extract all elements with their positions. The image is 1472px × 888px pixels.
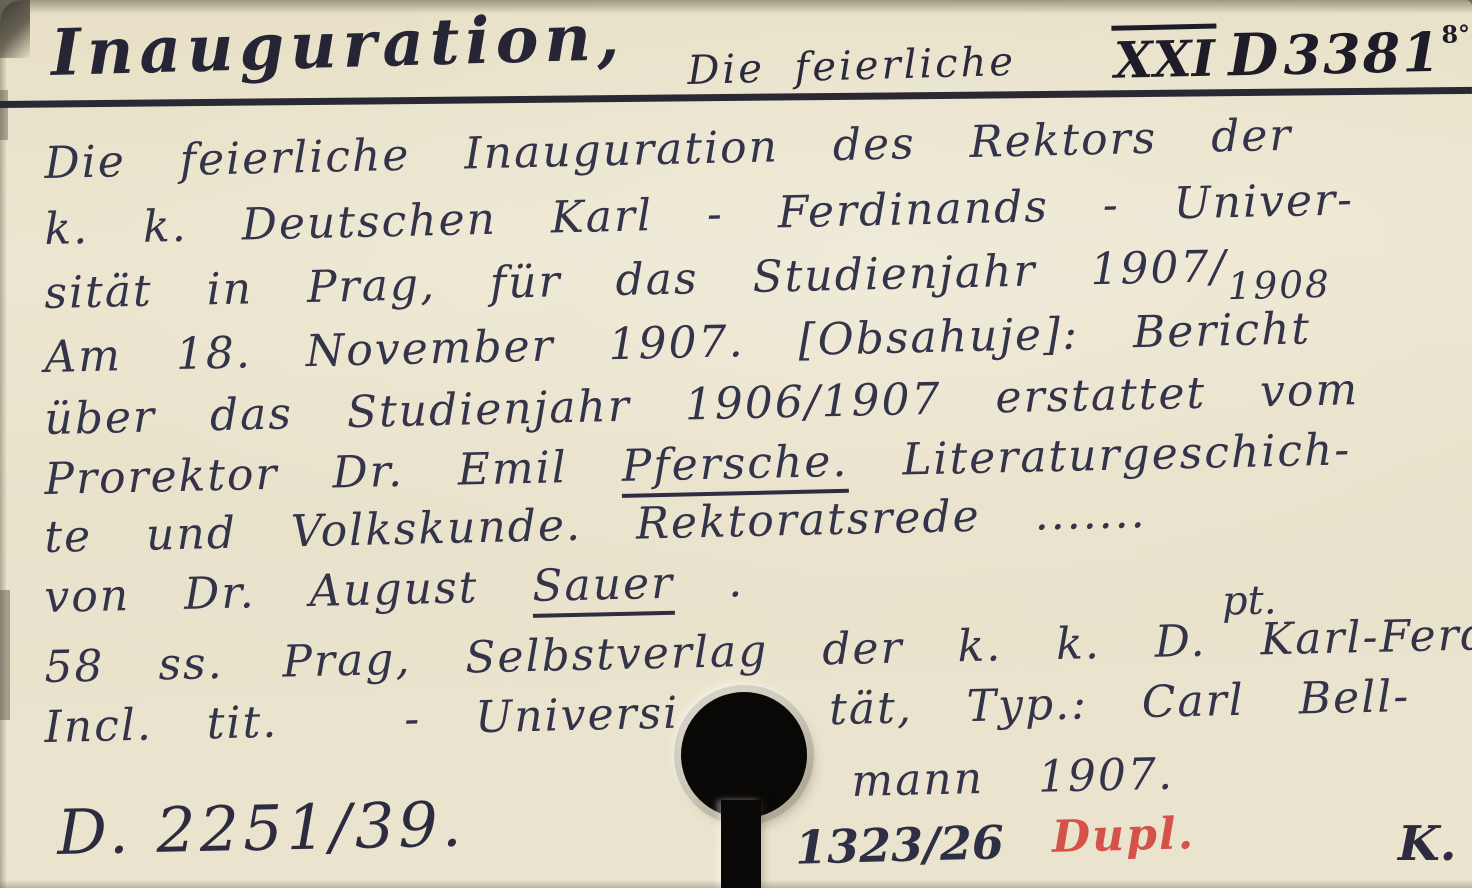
author-sauer: Sauer xyxy=(532,558,675,618)
incl-tit-note: Incl. tit. xyxy=(44,694,405,753)
shelfmark: XXI D 33818° xyxy=(1111,16,1471,91)
cataloguer-initial: K. xyxy=(1398,816,1456,872)
body-line-1: Die feierliche Inauguration des Rektors … xyxy=(44,110,1293,189)
author-pfersche: Pfersche. xyxy=(621,436,849,498)
shelfmark-letter: D xyxy=(1227,20,1279,89)
punch-hole-slot xyxy=(721,800,761,888)
body-line-8: von Dr. August Sauer . xyxy=(44,556,745,623)
paper-edge-mark xyxy=(0,90,8,140)
paper-edge-mark xyxy=(0,590,10,720)
accession-number: D. 2251/39. xyxy=(56,787,466,869)
shelfmark-format: 8° xyxy=(1441,19,1470,49)
shelfmark-number: 3381 xyxy=(1283,20,1443,87)
pagination-note: 58 ss. xyxy=(44,637,283,693)
catalogue-card: Inauguration, Die feierliche XXI D 33818… xyxy=(0,0,1472,888)
body-line-11: mann 1907. xyxy=(851,749,1175,807)
paper-corner-top-left xyxy=(0,0,30,58)
shelfmark-roman-numeral: XXI xyxy=(1111,24,1217,90)
card-subtitle: Die feierliche xyxy=(687,39,1017,94)
studienjahr-second-year: 1908 xyxy=(1227,262,1331,308)
duplicate-stamp: Dupl. xyxy=(1051,808,1195,863)
inventory-number: 1323/26 xyxy=(794,815,1004,874)
card-title: Inauguration, xyxy=(50,0,626,91)
